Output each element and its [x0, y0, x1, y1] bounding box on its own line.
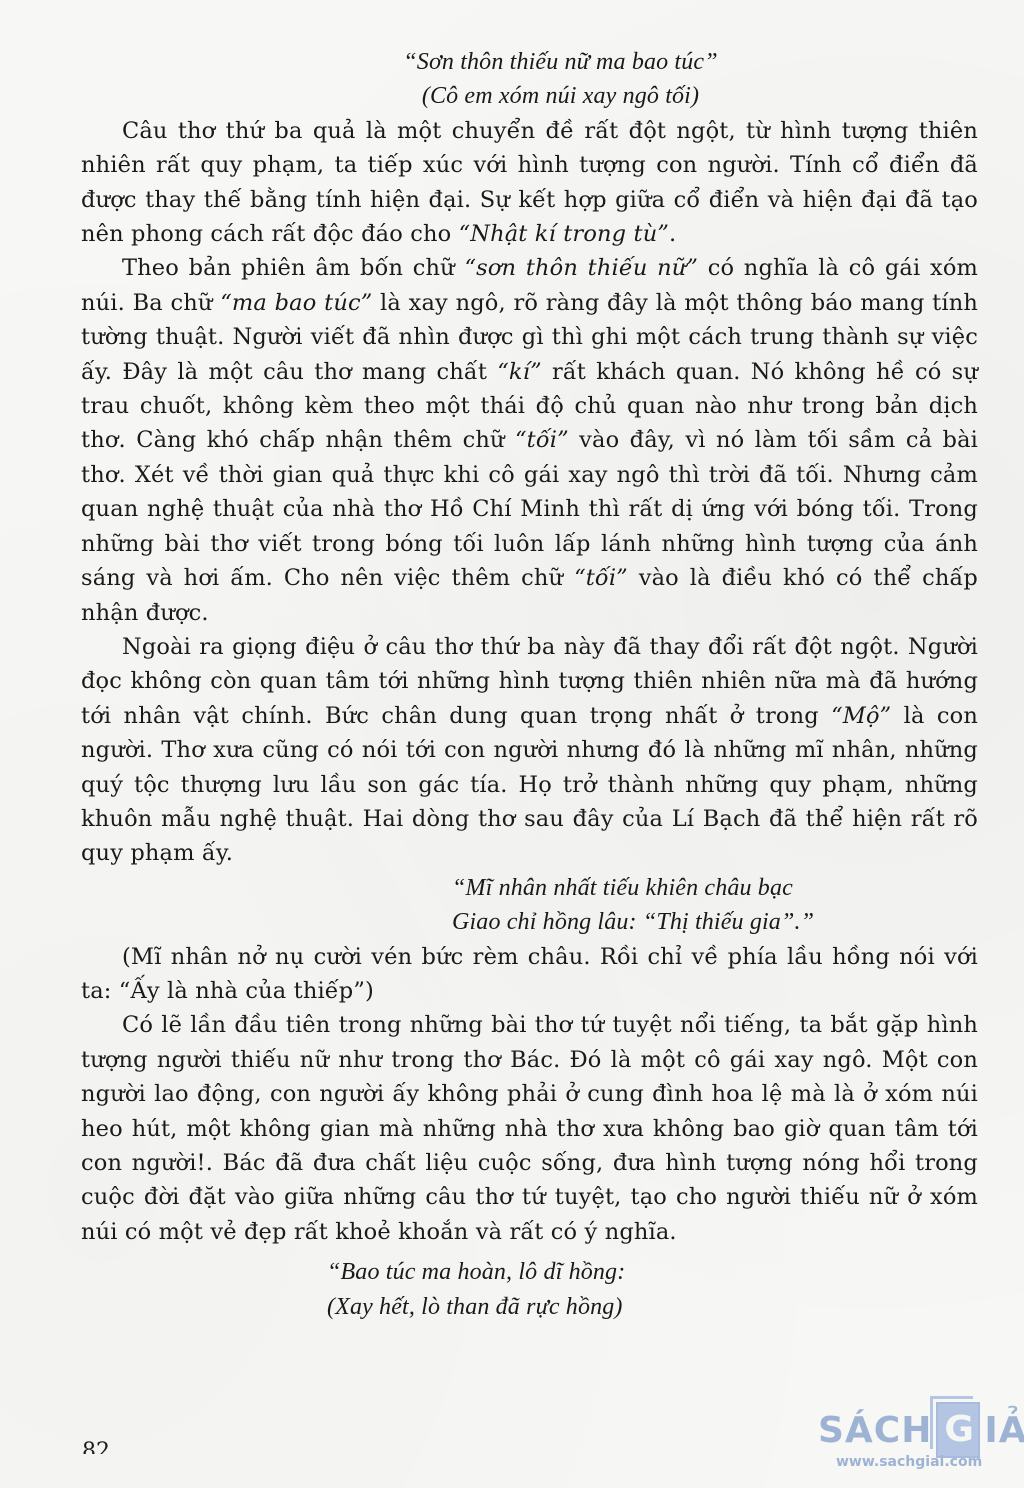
verse-line: “Sơn thôn thiếu nữ ma bao túc” [81, 45, 978, 79]
italic-title: “Nhật kí trong tù” [459, 221, 669, 247]
italic-quote: “kí” [497, 359, 541, 385]
italic-quote: “sơn thôn thiếu nữ” [464, 255, 698, 281]
book-icon: G [936, 1402, 980, 1458]
paragraph-2: Theo bản phiên âm bốn chữ “sơn thôn thiế… [81, 251, 978, 629]
paragraph-4: Có lẽ lần đầu tiên trong những bài thơ t… [81, 1008, 978, 1249]
text-segment: Có lẽ lần đầu tiên trong những bài thơ t… [81, 1012, 978, 1244]
page-body: “Sơn thôn thiếu nữ ma bao túc” (Cô em xó… [81, 45, 978, 1324]
watermark-brand-right: IẢI [984, 1410, 1024, 1451]
text-segment: Theo bản phiên âm bốn chữ [122, 255, 464, 281]
verse-line: “Mĩ nhân nhất tiếu khiên châu bạc [81, 871, 978, 905]
verse-line: Giao chỉ hồng lâu: “Thị thiếu gia”.” [81, 905, 978, 939]
page-number: 82 [82, 1440, 110, 1454]
italic-quote: “tối” [574, 565, 628, 591]
paragraph-3: Ngoài ra giọng điệu ở câu thơ thứ ba này… [81, 630, 978, 871]
paragraph-translation: (Mĩ nhân nở nụ cười vén bức rèm châu. Rồ… [81, 940, 978, 1009]
watermark-brand: SÁCH G IẢI [818, 1402, 1024, 1458]
verse-translation-line: (Cô em xóm núi xay ngô tối) [81, 79, 978, 113]
book-page: “Sơn thôn thiếu nữ ma bao túc” (Cô em xó… [0, 0, 1024, 1488]
text-segment: (Mĩ nhân nở nụ cười vén bức rèm châu. Rồ… [81, 944, 978, 1004]
verse-translation-line: (Xay hết, lò than đã rực hồng) [81, 1290, 978, 1324]
watermark-brand-left: SÁCH [818, 1410, 932, 1451]
text-segment: . [669, 221, 676, 247]
paragraph-1: Câu thơ thứ ba quả là một chuyển đề rất … [81, 114, 978, 252]
italic-quote: “ma bao túc” [220, 290, 372, 316]
watermark-url: www.sachgiai.com [836, 1454, 982, 1470]
italic-title: “Mộ” [831, 703, 891, 729]
watermark-box-letter: G [944, 1408, 975, 1452]
watermark-logo: SÁCH G IẢI www.sachgiai.com [814, 1388, 1020, 1488]
verse-line: “Bao túc ma hoàn, lô dĩ hồng: [81, 1255, 978, 1289]
italic-quote: “tối” [515, 427, 569, 453]
